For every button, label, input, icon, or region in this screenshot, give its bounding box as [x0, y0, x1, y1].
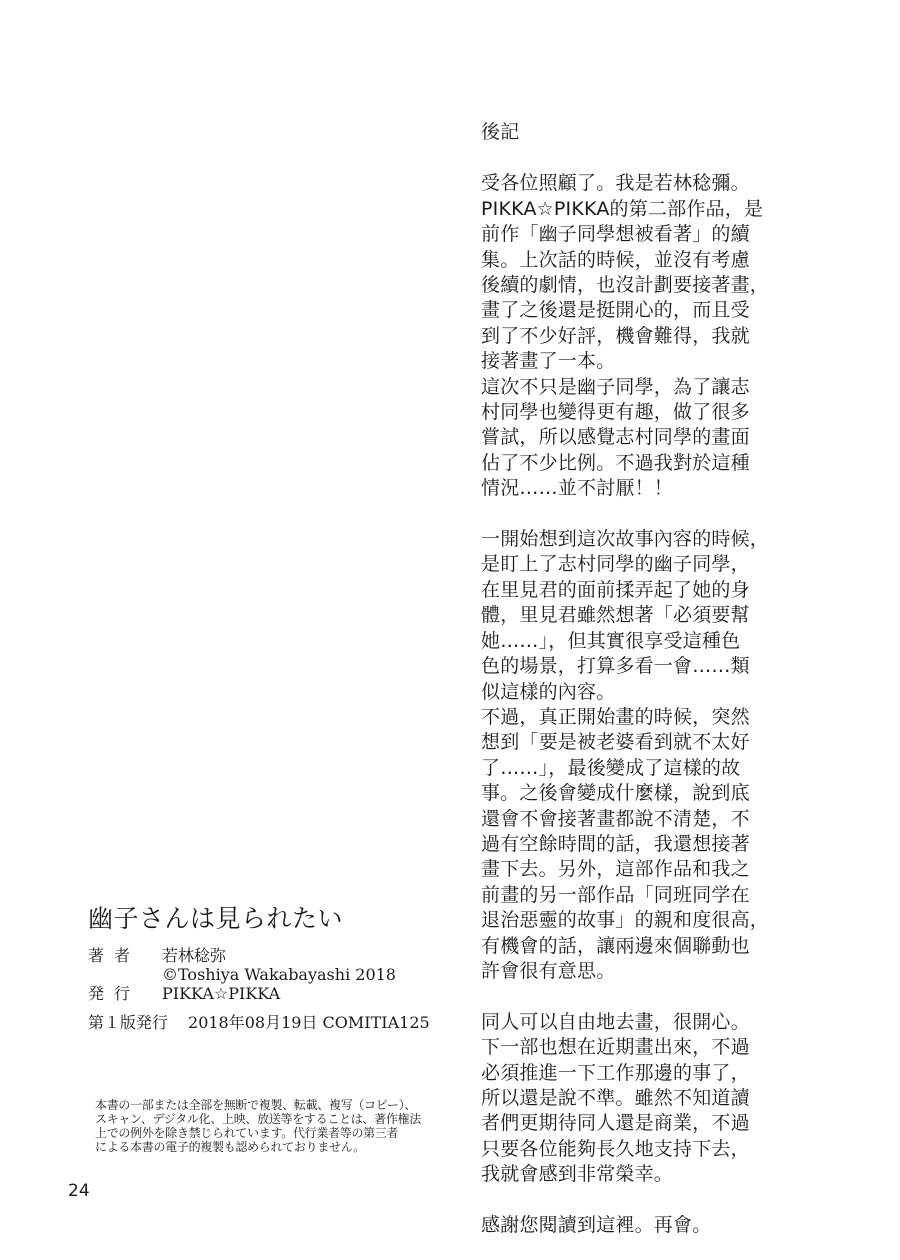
afterword-title: 後記	[481, 120, 781, 145]
text-line: 必須推進一下工作那邊的事了，	[481, 1061, 781, 1086]
paragraph-gap	[481, 502, 781, 527]
copyright-notice: ©Toshiya Wakabayashi 2018	[162, 965, 396, 984]
afterword-paragraph-4: 感謝您閱讀到這裡。再會。	[481, 1213, 781, 1238]
text-line: 接著畫了一本。	[481, 349, 781, 374]
text-line: 不過，真正開始畫的時候，突然	[481, 705, 781, 730]
text-line: 有機會的話，讓兩邊來個聯動也	[481, 934, 781, 959]
text-line: 只要各位能夠長久地支持下去，	[481, 1137, 781, 1162]
text-line: 體，里見君雖然想著「必須要幫	[481, 603, 781, 628]
text-line: 她……」，但其實很享受這種色	[481, 629, 781, 654]
legal-line: スキャン、デジタル化、上映、放送等をすることは、著作権法	[95, 1112, 455, 1126]
text-line: 這次不只是幽子同學，為了讓志	[481, 375, 781, 400]
publisher-label: 発行	[88, 984, 162, 1003]
text-line: 在里見君的面前揉弄起了她的身	[481, 578, 781, 603]
author-row: 著者 若林稔弥	[88, 946, 468, 965]
colophon: 幽子さんは見られたい 著者 若林稔弥 ©Toshiya Wakabayashi …	[88, 902, 468, 1033]
text-line: 前畫的另一部作品「同班同学在	[481, 883, 781, 908]
text-line: 退治惡靈的故事」的親和度很高，	[481, 908, 781, 933]
book-title: 幽子さんは見られたい	[88, 902, 468, 936]
text-line: 還會不會接著畫都說不清楚，不	[481, 807, 781, 832]
afterword-paragraph-1: 受各位照顧了。我是若林稔彌。 PIKKA☆PIKKA的第二部作品，是 前作「幽子…	[481, 171, 781, 501]
text-line: 受各位照顧了。我是若林稔彌。	[481, 171, 781, 196]
text-line: 色的場景，打算多看一會……類	[481, 654, 781, 679]
text-line: 者們更期待同人還是商業，不過	[481, 1111, 781, 1136]
copyright-row: ©Toshiya Wakabayashi 2018	[88, 965, 468, 984]
legal-notice: 本書の一部または全部を無断で複製、転載、複写（コピー）、 スキャン、デジタル化、…	[95, 1098, 455, 1154]
text-line: 前作「幽子同學想被看著」的續	[481, 222, 781, 247]
page-number: 24	[68, 1181, 90, 1201]
legal-line: による本書の電子的複製も認められておりません。	[95, 1140, 455, 1154]
publisher-row: 発行 PIKKA☆PIKKA	[88, 984, 468, 1003]
text-line: 所以還是說不準。雖然不知道讀	[481, 1086, 781, 1111]
text-line: 過有空餘時間的話，我還想接著	[481, 832, 781, 857]
text-line: 事。之後會變成什麼樣，說到底	[481, 781, 781, 806]
edition-label: 第１版発行	[88, 1013, 168, 1032]
text-line: 集。上次話的時候，並沒有考慮	[481, 248, 781, 273]
book-page: 後記 受各位照顧了。我是若林稔彌。 PIKKA☆PIKKA的第二部作品，是 前作…	[0, 0, 900, 1260]
text-line: 後續的劇情，也沒計劃要接著畫，	[481, 273, 781, 298]
text-line: 是盯上了志村同學的幽子同學，	[481, 552, 781, 577]
author-label: 著者	[88, 946, 162, 965]
text-line: 村同學也變得更有趣，做了很多	[481, 400, 781, 425]
afterword-paragraph-3: 同人可以自由地去畫，很開心。 下一部也想在近期畫出來，不過 必須推進一下工作那邊…	[481, 1010, 781, 1188]
text-line: 了……」，最後變成了這樣的故	[481, 756, 781, 781]
text-line: 同人可以自由地去畫，很開心。	[481, 1010, 781, 1035]
text-line: 畫下去。另外，這部作品和我之	[481, 857, 781, 882]
text-line: 嘗試，所以感覺志村同學的畫面	[481, 425, 781, 450]
text-line: 許會很有意思。	[481, 959, 781, 984]
author-name: 若林稔弥	[162, 946, 226, 965]
legal-line: 本書の一部または全部を無断で複製、転載、複写（コピー）、	[95, 1098, 455, 1112]
text-line: 想到「要是被老婆看到就不太好	[481, 730, 781, 755]
text-line: 似這樣的內容。	[481, 680, 781, 705]
edition-date: 2018年08月19日 COMITIA125	[188, 1013, 430, 1032]
text-line: PIKKA☆PIKKA的第二部作品，是	[481, 197, 781, 222]
text-line: 下一部也想在近期畫出來，不過	[481, 1035, 781, 1060]
paragraph-gap	[481, 984, 781, 1009]
afterword-paragraph-2: 一開始想到這次故事內容的時候， 是盯上了志村同學的幽子同學， 在里見君的面前揉弄…	[481, 527, 781, 984]
text-line: 到了不少好評，機會難得，我就	[481, 324, 781, 349]
edition-row: 第１版発行2018年08月19日 COMITIA125	[88, 1013, 468, 1033]
text-line: 畫了之後還是挺開心的，而且受	[481, 298, 781, 323]
text-line: 一開始想到這次故事內容的時候，	[481, 527, 781, 552]
closing-line: 感謝您閱讀到這裡。再會。	[481, 1213, 781, 1238]
legal-line: 上での例外を除き禁じられています。代行業者等の第三者	[95, 1126, 455, 1140]
paragraph-gap	[481, 1188, 781, 1213]
text-line: 我就會感到非常榮幸。	[481, 1162, 781, 1187]
afterword-section: 後記 受各位照顧了。我是若林稔彌。 PIKKA☆PIKKA的第二部作品，是 前作…	[481, 120, 781, 1238]
publisher-name: PIKKA☆PIKKA	[162, 984, 280, 1003]
text-line: 佔了不少比例。不過我對於這種	[481, 451, 781, 476]
text-line: 情況……並不討厭！！	[481, 476, 781, 501]
